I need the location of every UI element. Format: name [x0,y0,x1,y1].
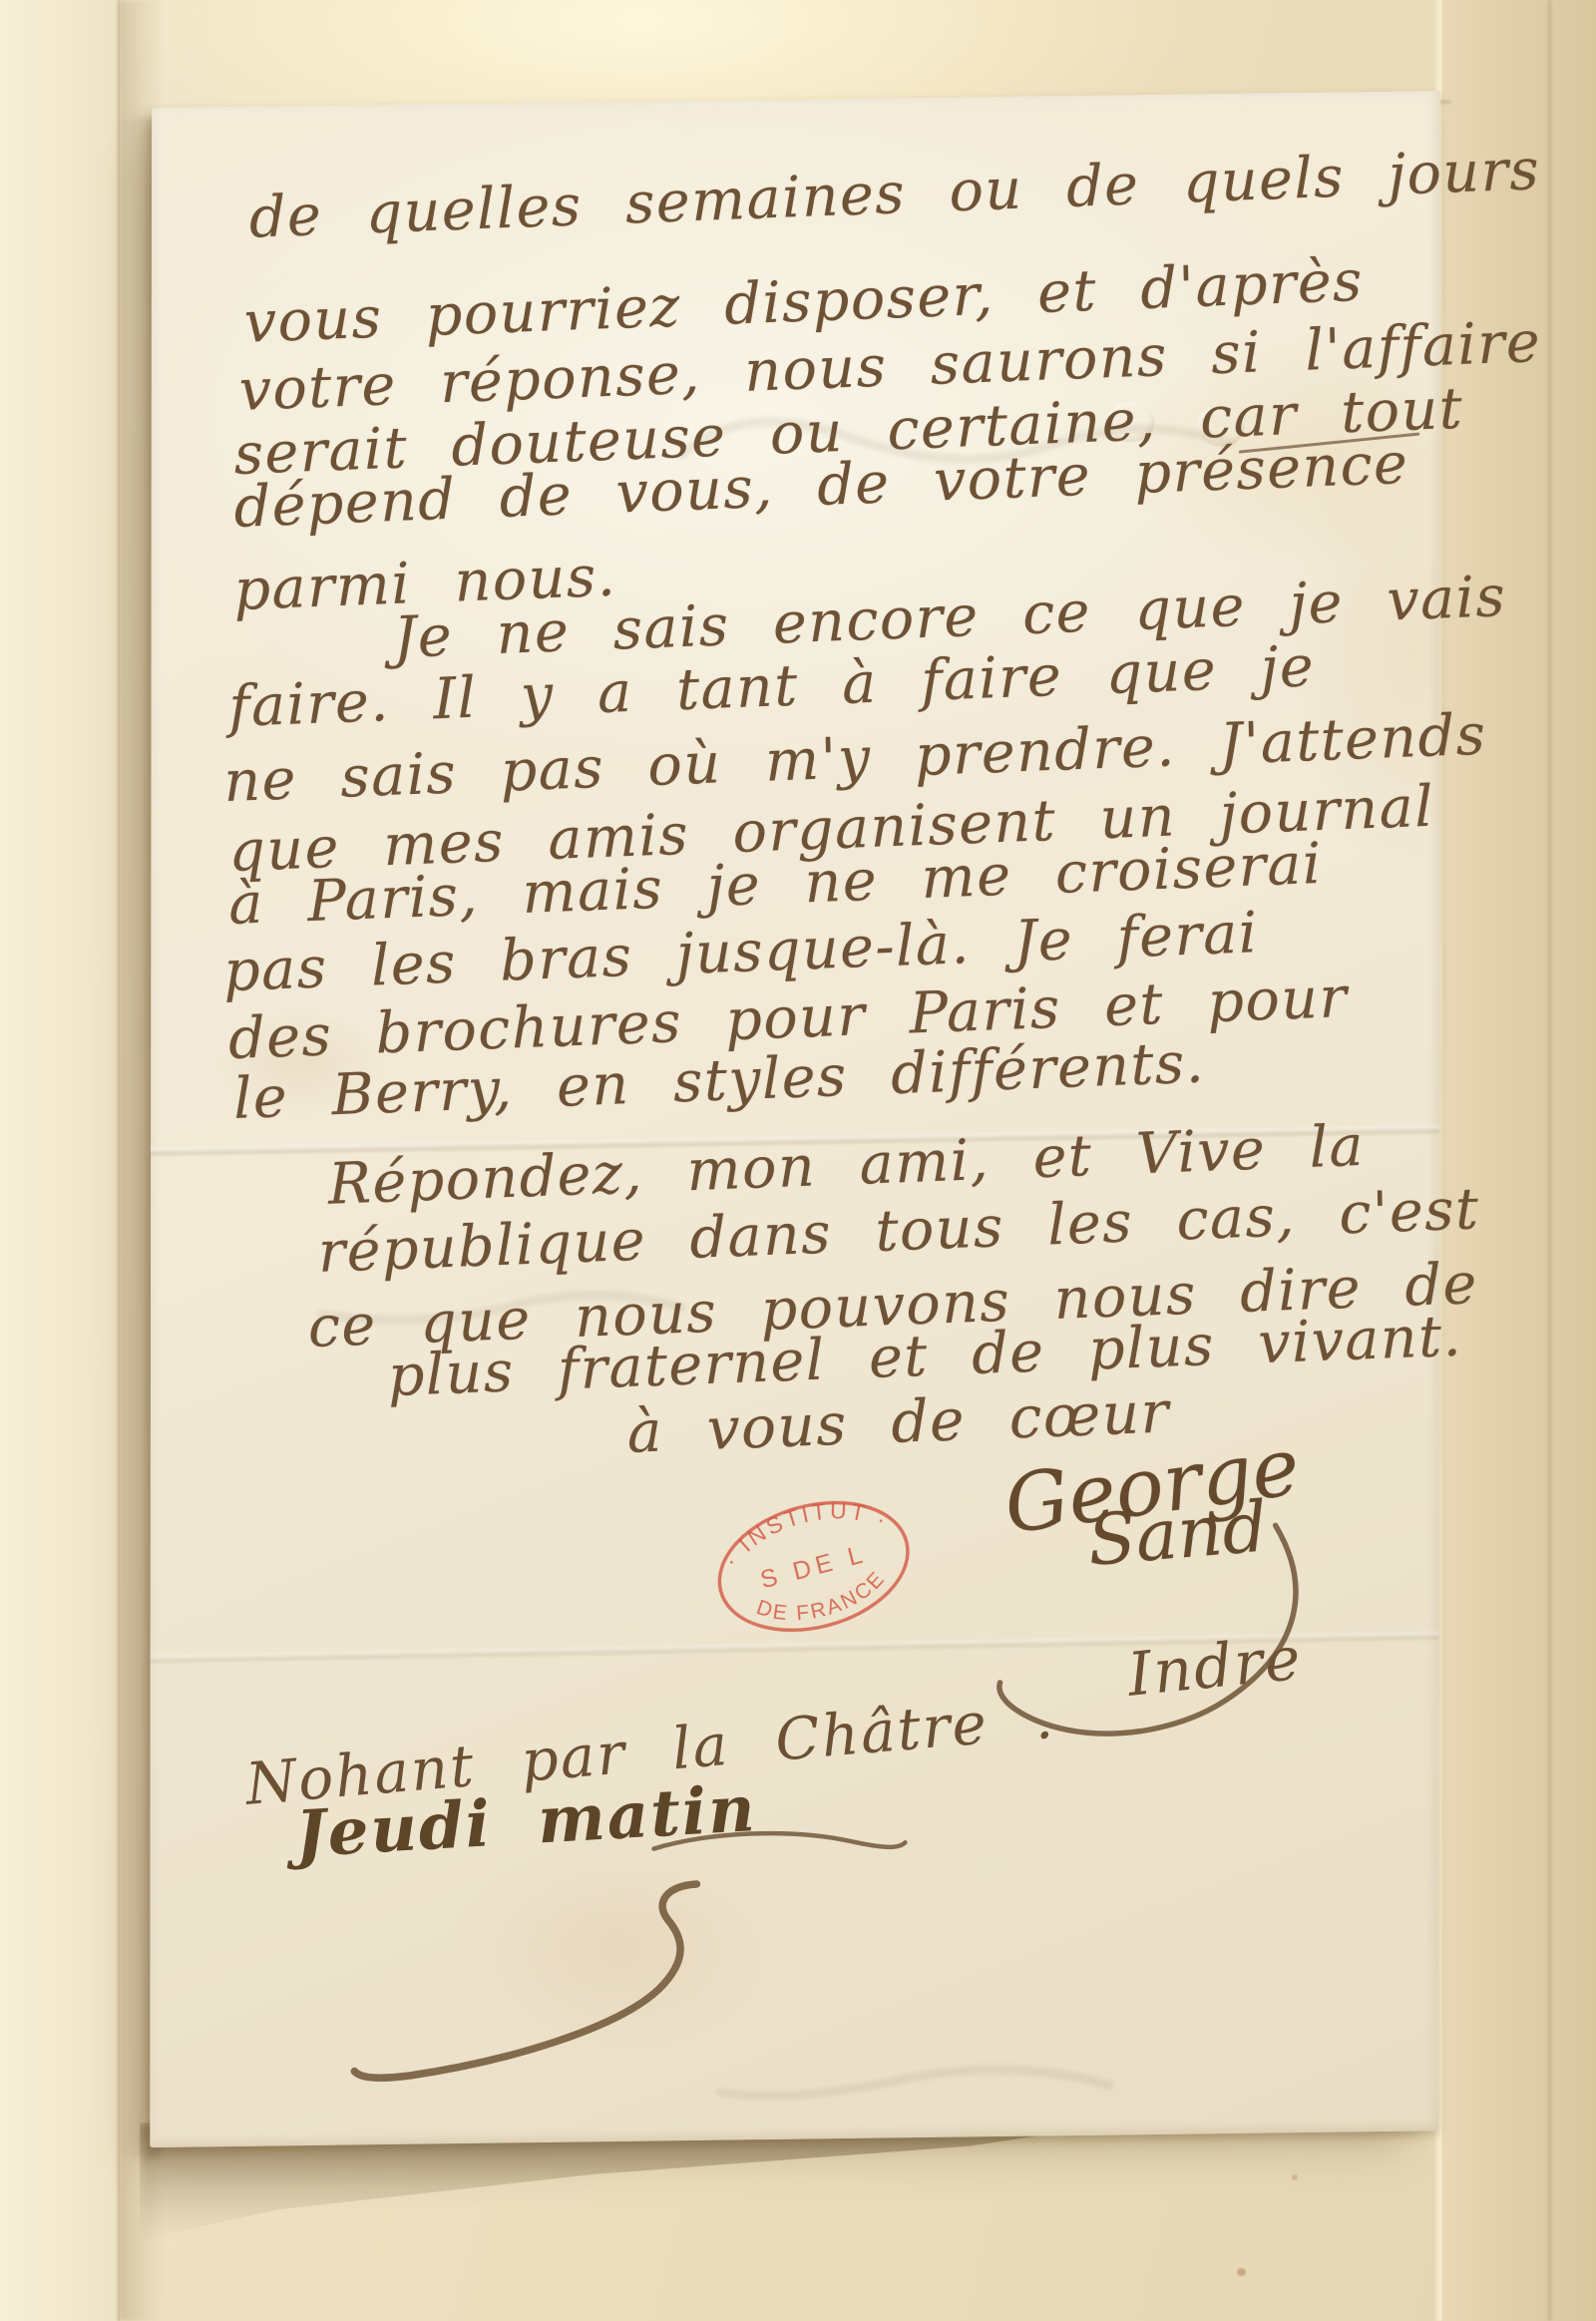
foxing-spot [1292,2174,1298,2180]
paraph-flourish [354,1884,696,2079]
signature-flourish [999,1525,1296,1735]
album-gutter-left [0,0,120,2321]
dateline-tail-flourish [653,1831,905,1850]
pen-flourishes [150,91,1440,2147]
foxing-spot [1237,2268,1246,2276]
album-page-crease-right [1548,0,1551,2321]
manuscript-photo: de quelles semaines ou de quels jours vo… [0,0,1596,2321]
letter-sheet: de quelles semaines ou de quels jours vo… [150,91,1440,2147]
